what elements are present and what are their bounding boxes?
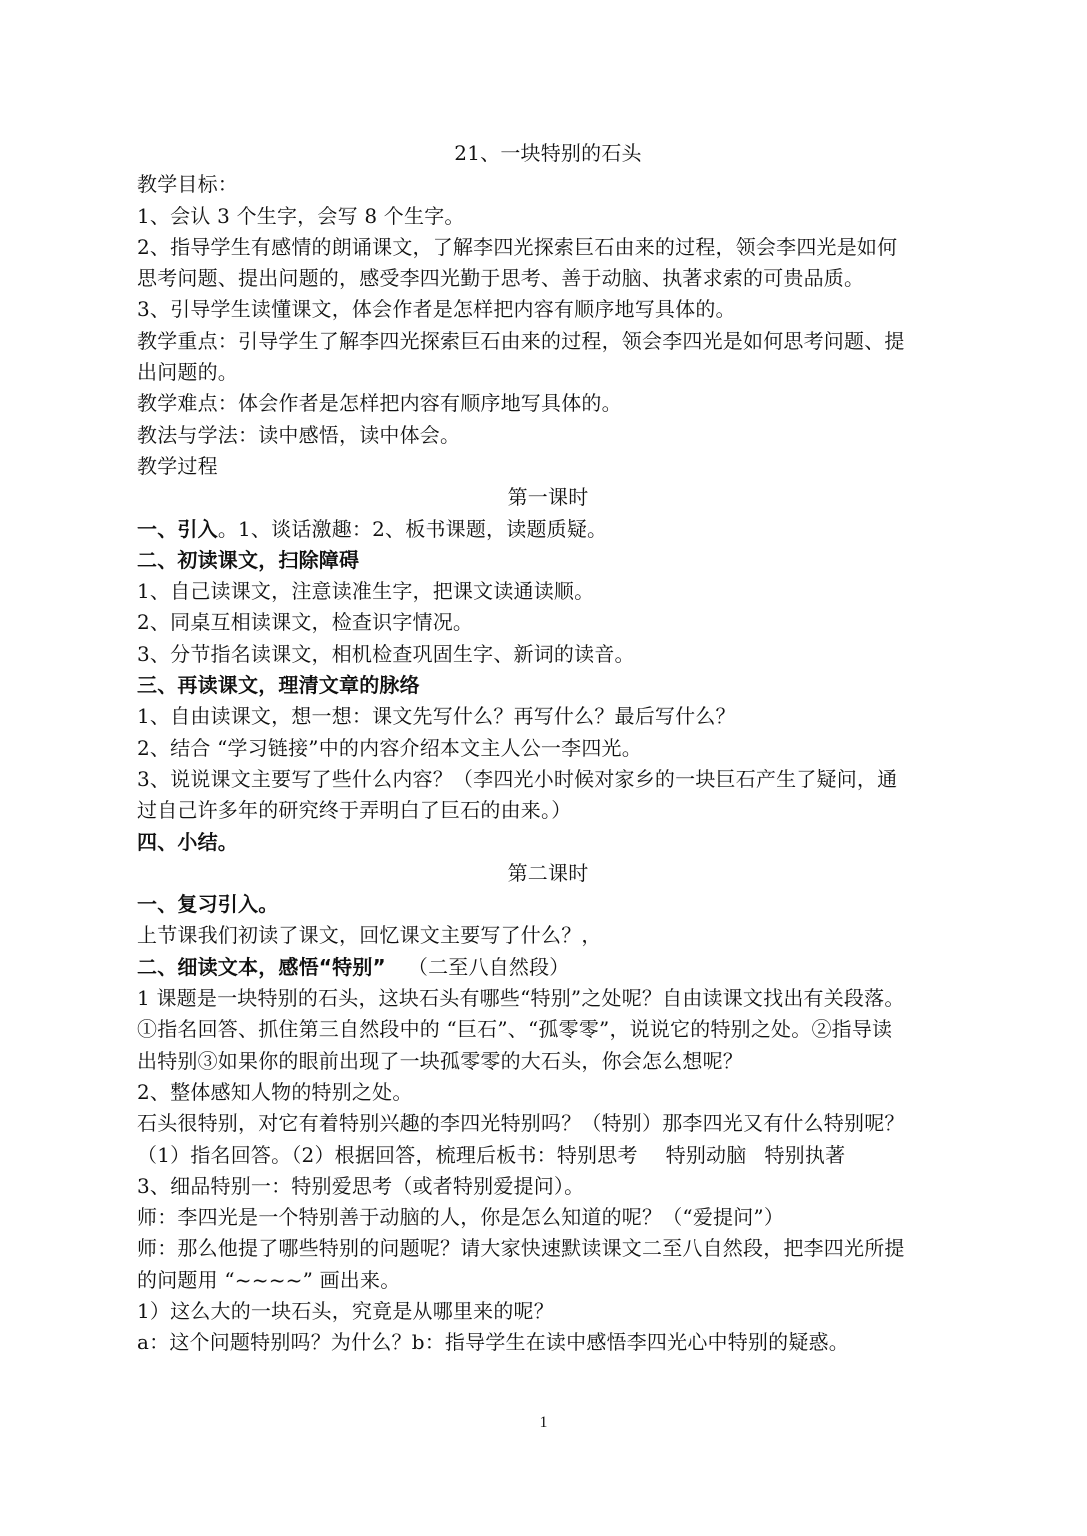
document-title: 21、一块特别的石头 [137,138,959,169]
key-points-line: 教学重点：引导学生了解李四光探索巨石由来的过程，领会李四光是如何思考问题、提 [137,326,959,357]
section-heading: 一、引入 [137,517,218,541]
process-heading: 教学过程 [137,451,959,482]
paragraph-line: 师：那么他提了哪些特别的问题呢？请大家快速默读课文二至八自然段，把李四光所提 [137,1233,959,1264]
objective-line: 1、会认 3 个生字，会写 8 个生字。 [137,201,959,232]
list-item: 3、分节指名读课文，相机检查巩固生字、新词的读音。 [137,639,959,670]
section-heading: 二、初读课文，扫除障碍 [137,545,959,576]
key-points-line: 出问题的。 [137,357,959,388]
section-heading: 一、复习引入。 [137,889,959,920]
board-item: 特别动脑 [666,1143,747,1167]
document-page: 21、一块特别的石头 教学目标： 1、会认 3 个生字，会写 8 个生字。 2、… [137,138,959,1359]
list-item: 2、同桌互相读课文，检查识字情况。 [137,607,959,638]
board-line: （1）指名回答。（2）根据回答，梳理后板书：特别思考特别动脑特别执著 [137,1140,959,1171]
section-text: 。1、谈话激趣：2、板书课题，读题质疑。 [218,517,607,541]
paragraph-line: ①指名回答、抓住第三自然段中的 “巨石”、“孤零零”，说说它的特别之处。②指导读 [137,1014,959,1045]
paragraph-line: a：这个问题特别吗？为什么？b：指导学生在读中感悟李四光心中特别的疑惑。 [137,1327,959,1358]
paragraph-line: 的问题用 “~~~~” 画出来。 [137,1265,959,1296]
paragraph-line: 2、整体感知人物的特别之处。 [137,1077,959,1108]
lesson2-section2-heading: 二、细读文本，感悟“特别”（二至八自然段） [137,952,959,983]
board-prefix: （1）指名回答。（2）根据回答，梳理后板书：特别思考 [137,1143,638,1167]
paragraph-line: 上节课我们初读了课文，回忆课文主要写了什么？， [137,920,959,951]
methods-line: 教法与学法：读中感悟，读中体会。 [137,420,959,451]
list-item: 过自己许多年的研究终于弄明白了巨石的由来。） [137,795,959,826]
section-note: （二至八自然段） [408,955,570,979]
paragraph-line: 3、细品特别一：特别爱思考（或者特别爱提问）。 [137,1171,959,1202]
lesson1-section1: 一、引入。1、谈话激趣：2、板书课题，读题质疑。 [137,514,959,545]
paragraph-line: 出特别③如果你的眼前出现了一块孤零零的大石头，你会怎么想呢？ [137,1046,959,1077]
objective-line: 3、引导学生读懂课文，体会作者是怎样把内容有顺序地写具体的。 [137,294,959,325]
paragraph-line: 师：李四光是一个特别善于动脑的人，你是怎么知道的呢？（“爱提问”） [137,1202,959,1233]
page-number: 1 [0,1414,1087,1432]
paragraph-line: 石头很特别，对它有着特别兴趣的李四光特别吗？（特别）那李四光又有什么特别呢？ [137,1108,959,1139]
paragraph-line: 1 课题是一块特别的石头，这块石头有哪些“特别”之处呢？自由读课文找出有关段落。 [137,983,959,1014]
lesson2-heading: 第二课时 [137,858,959,889]
paragraph-line: 1）这么大的一块石头，究竟是从哪里来的呢？ [137,1296,959,1327]
section-heading: 三、再读课文，理清文章的脉络 [137,670,959,701]
objective-line: 2、指导学生有感情的朗诵课文，了解李四光探索巨石由来的过程，领会李四光是如何 [137,232,959,263]
board-item: 特别执著 [764,1143,845,1167]
objective-line: 思考问题、提出问题的，感受李四光勤于思考、善于动脑、执著求索的可贵品质。 [137,263,959,294]
list-item: 3、说说课文主要写了些什么内容？（李四光小时候对家乡的一块巨石产生了疑问，通 [137,764,959,795]
difficulty-line: 教学难点：体会作者是怎样把内容有顺序地写具体的。 [137,388,959,419]
list-item: 1、自由读课文，想一想：课文先写什么？再写什么？最后写什么？ [137,701,959,732]
lesson1-heading: 第一课时 [137,482,959,513]
list-item: 2、结合 “学习链接”中的内容介绍本文主人公一李四光。 [137,733,959,764]
list-item: 1、自己读课文，注意读准生字，把课文读通读顺。 [137,576,959,607]
section-heading: 四、小结。 [137,827,959,858]
section-heading: 二、细读文本，感悟“特别” [137,955,386,979]
objectives-heading: 教学目标： [137,169,959,200]
